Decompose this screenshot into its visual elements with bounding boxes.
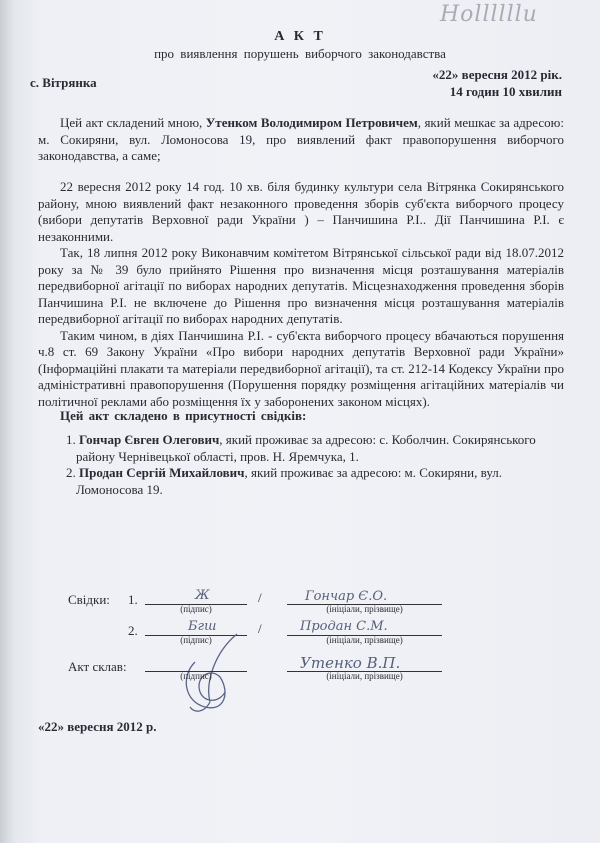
witness-item: 1. Гончар Євген Олегович, який проживає …: [66, 432, 566, 465]
name-caption: (ініціали, прізвище): [287, 635, 442, 645]
paragraph: 22 вересня 2012 року 14 год. 10 хв. біля…: [38, 179, 564, 245]
witness-list: 1. Гончар Євген Олегович, який проживає …: [66, 432, 566, 498]
witness-heading: Цей акт складено в присутності свідків:: [60, 408, 306, 424]
handwritten-name-1: Гончар Є.О.: [305, 589, 387, 604]
handwritten-note: Hollllllu: [440, 2, 538, 27]
date-block: «22» вересня 2012 рік. 14 годин 10 хвили…: [432, 66, 562, 100]
signature-1: Ж: [195, 588, 210, 603]
slash: /: [258, 621, 262, 637]
row1-number: 1.: [128, 592, 138, 608]
document-subtitle: про виявлення порушень виборчого законод…: [0, 46, 600, 62]
handwritten-name-3: Утенко В.П.: [300, 654, 400, 672]
witnesses-label: Свідки:: [68, 592, 110, 608]
witness-name: Гончар Євген Олегович: [79, 432, 219, 447]
handwritten-name-2: Продан С.М.: [300, 619, 388, 634]
time-line: 14 годин 10 хвилин: [432, 83, 562, 100]
row2-number: 2.: [128, 623, 138, 639]
intro-pre: Цей акт складений мною,: [60, 115, 206, 130]
intro-paragraph: Цей акт складений мною, Утенком Володими…: [38, 115, 564, 165]
sign-caption: (підпис): [145, 604, 247, 614]
witness-item: 2. Продан Сергій Михайлович, який прожив…: [66, 465, 566, 498]
paragraph: Так, 18 липня 2012 року Виконавчим коміт…: [38, 245, 564, 328]
compiler-label: Акт склав:: [68, 659, 127, 675]
slash: /: [258, 590, 262, 606]
sign-caption: (підпис): [145, 671, 247, 681]
place: с. Вітрянка: [30, 75, 97, 91]
paragraph: Таким чином, в діях Панчишина Р.І. - суб…: [38, 328, 564, 411]
document-title: А К Т: [0, 29, 600, 45]
author-name: Утенком Володимиром Петровичем: [206, 115, 418, 130]
final-date: «22» вересня 2012 р.: [38, 719, 156, 735]
body-paragraphs: 22 вересня 2012 року 14 год. 10 хв. біля…: [38, 179, 564, 410]
witness-name: Продан Сергій Михайлович: [79, 465, 244, 480]
witness-num: 1.: [66, 432, 79, 447]
witness-num: 2.: [66, 465, 79, 480]
date-line: «22» вересня 2012 рік.: [432, 66, 562, 83]
name-caption: (ініціали, прізвище): [287, 671, 442, 681]
name-caption: (ініціали, прізвище): [287, 604, 442, 614]
